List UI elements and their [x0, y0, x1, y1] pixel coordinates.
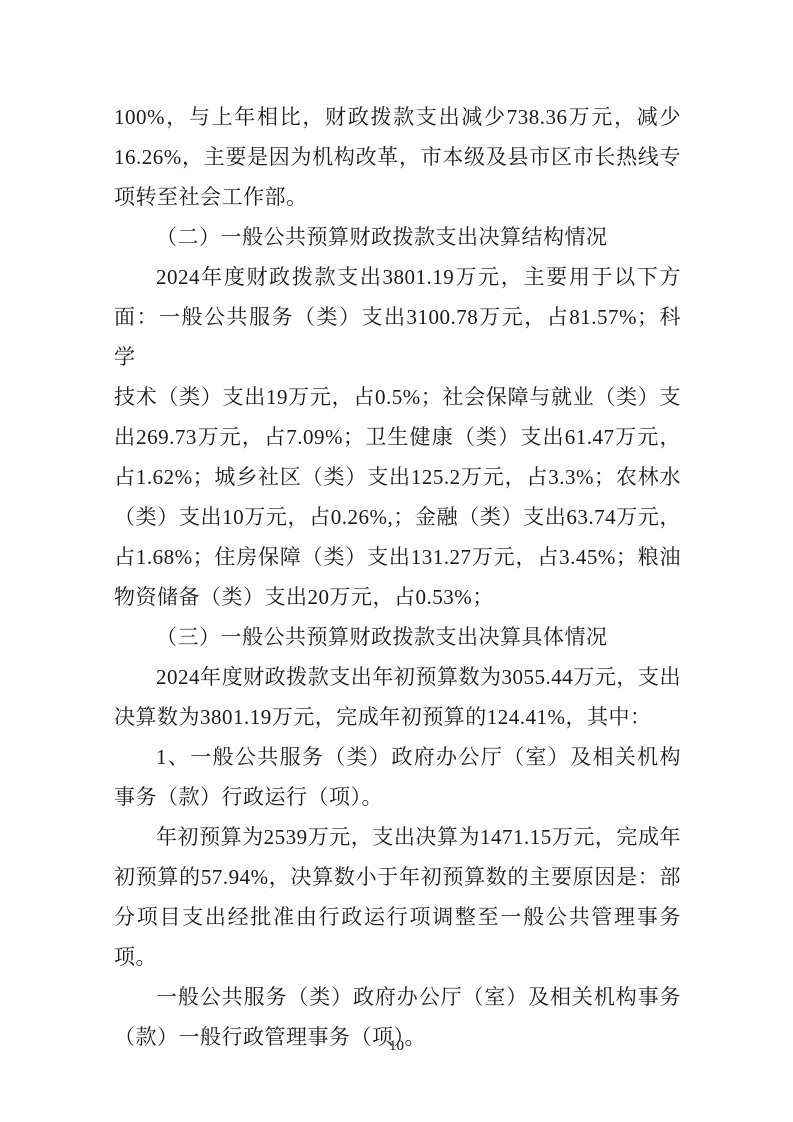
text-line: 初预算的57.94%，决算数小于年初预算数的主要原因是：部 [114, 857, 681, 897]
document-page: 100%，与上年相比，财政拨款支出减少738.36万元，减少16.26%，主要是… [0, 0, 793, 1122]
text-line: （三）一般公共预算财政拨款支出决算具体情况 [114, 617, 681, 657]
text-line: 出269.73万元，占7.09%；卫生健康（类）支出61.47万元， [114, 417, 681, 457]
text-line: 占1.68%；住房保障（类）支出131.27万元，占3.45%；粮油 [114, 537, 681, 577]
text-line: 2024年度财政拨款支出3801.19万元，主要用于以下方 [114, 257, 681, 297]
text-line: 16.26%，主要是因为机构改革，市本级及县市区市长热线专 [114, 137, 681, 177]
text-line: （类）支出10万元，占0.26%,；金融（类）支出63.74万元， [114, 497, 681, 537]
text-line: 年初预算为2539万元，支出决算为1471.15万元，完成年 [114, 817, 681, 857]
text-line: 事务（款）行政运行（项）。 [114, 777, 681, 817]
text-line: 项。 [114, 937, 681, 977]
text-line: 占1.62%；城乡社区（类）支出125.2万元，占3.3%；农林水 [114, 457, 681, 497]
text-line: 项转至社会工作部。 [114, 177, 681, 217]
text-line: 一般公共服务（类）政府办公厅（室）及相关机构事务 [114, 977, 681, 1017]
text-line: 面：一般公共服务（类）支出3100.78万元，占81.57%；科学 [114, 297, 681, 377]
page-body: 100%，与上年相比，财政拨款支出减少738.36万元，减少16.26%，主要是… [114, 97, 681, 1057]
text-line: （二）一般公共预算财政拨款支出决算结构情况 [114, 217, 681, 257]
text-line: 2024年度财政拨款支出年初预算数为3055.44万元，支出 [114, 657, 681, 697]
page-number: 10 [0, 1036, 793, 1056]
text-line: 决算数为3801.19万元，完成年初预算的124.41%，其中： [114, 697, 681, 737]
text-line: 100%，与上年相比，财政拨款支出减少738.36万元，减少 [114, 97, 681, 137]
text-line: 1、一般公共服务（类）政府办公厅（室）及相关机构 [114, 737, 681, 777]
text-line: 物资储备（类）支出20万元，占0.53%； [114, 577, 681, 617]
text-line: 技术（类）支出19万元，占0.5%；社会保障与就业（类）支 [114, 377, 681, 417]
text-line: 分项目支出经批准由行政运行项调整至一般公共管理事务 [114, 897, 681, 937]
